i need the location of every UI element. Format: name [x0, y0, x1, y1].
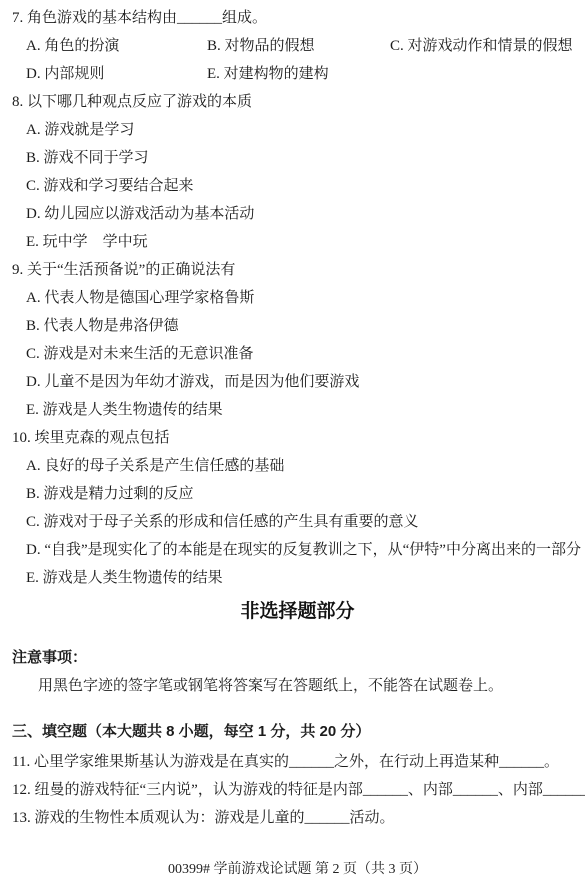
- option-d: D. “自我”是现实化了的本能是在现实的反复教训之下，从“伊特”中分离出来的一部…: [12, 536, 583, 564]
- question-7: 7. 角色游戏的基本结构由______组成。 A. 角色的扮演 B. 对物品的假…: [12, 4, 583, 88]
- page-footer: 00399# 学前游戏论试题 第 2 页（共 3 页）: [12, 856, 583, 884]
- option-e: E. 游戏是人类生物遗传的结果: [12, 564, 583, 592]
- option-b: B. 代表人物是弗洛伊德: [12, 312, 583, 340]
- question-8: 8. 以下哪几种观点反应了游戏的本质 A. 游戏就是学习 B. 游戏不同于学习 …: [12, 88, 583, 256]
- option-e: E. 玩中学 学中玩: [12, 228, 583, 256]
- option-b: B. 游戏是精力过剩的反应: [12, 480, 583, 508]
- option-e: E. 游戏是人类生物遗传的结果: [12, 396, 583, 424]
- question-7-stem: 7. 角色游戏的基本结构由______组成。: [12, 4, 583, 32]
- option-a: A. 代表人物是德国心理学家格鲁斯: [12, 284, 583, 312]
- option-a: A. 角色的扮演: [26, 32, 207, 60]
- question-10: 10. 埃里克森的观点包括 A. 良好的母子关系是产生信任感的基础 B. 游戏是…: [12, 424, 583, 592]
- question-12: 12. 纽曼的游戏特征“三内说”，认为游戏的特征是内部______、内部____…: [12, 776, 583, 804]
- option-e: E. 对建构物的建构: [207, 60, 390, 88]
- question-9-stem: 9. 关于“生活预备说”的正确说法有: [12, 256, 583, 284]
- exam-paper-page: 7. 角色游戏的基本结构由______组成。 A. 角色的扮演 B. 对物品的假…: [0, 0, 585, 885]
- notice-text: 用黑色字迹的签字笔或钢笔将答案写在答题纸上，不能答在试题卷上。: [12, 672, 583, 700]
- section-heading: 非选择题部分: [12, 598, 583, 626]
- option-c: C. 游戏是对未来生活的无意识准备: [12, 340, 583, 368]
- notice-label: 注意事项：: [12, 644, 583, 672]
- option-b: B. 对物品的假想: [207, 32, 390, 60]
- option-c: C. 游戏和学习要结合起来: [12, 172, 583, 200]
- question-7-options: A. 角色的扮演 B. 对物品的假想 C. 对游戏动作和情景的假想 D. 内部规…: [12, 32, 583, 88]
- option-d: D. 儿童不是因为年幼才游戏，而是因为他们要游戏: [12, 368, 583, 396]
- option-a: A. 游戏就是学习: [12, 116, 583, 144]
- option-d: D. 内部规则: [26, 60, 207, 88]
- option-d: D. 幼儿园应以游戏活动为基本活动: [12, 200, 583, 228]
- fill-in-questions: 11. 心里学家维果斯基认为游戏是在真实的______之外，在行动上再造某种__…: [12, 748, 583, 832]
- option-c: C. 对游戏动作和情景的假想: [390, 32, 583, 60]
- option-c: C. 游戏对于母子关系的形成和信任感的产生具有重要的意义: [12, 508, 583, 536]
- option-b: B. 游戏不同于学习: [12, 144, 583, 172]
- question-11: 11. 心里学家维果斯基认为游戏是在真实的______之外，在行动上再造某种__…: [12, 748, 583, 776]
- question-8-stem: 8. 以下哪几种观点反应了游戏的本质: [12, 88, 583, 116]
- question-13: 13. 游戏的生物性本质观认为：游戏是儿童的______活动。: [12, 804, 583, 832]
- fill-in-section-heading: 三、填空题（本大题共 8 小题，每空 1 分，共 20 分）: [12, 718, 583, 746]
- question-10-stem: 10. 埃里克森的观点包括: [12, 424, 583, 452]
- option-a: A. 良好的母子关系是产生信任感的基础: [12, 452, 583, 480]
- question-9: 9. 关于“生活预备说”的正确说法有 A. 代表人物是德国心理学家格鲁斯 B. …: [12, 256, 583, 424]
